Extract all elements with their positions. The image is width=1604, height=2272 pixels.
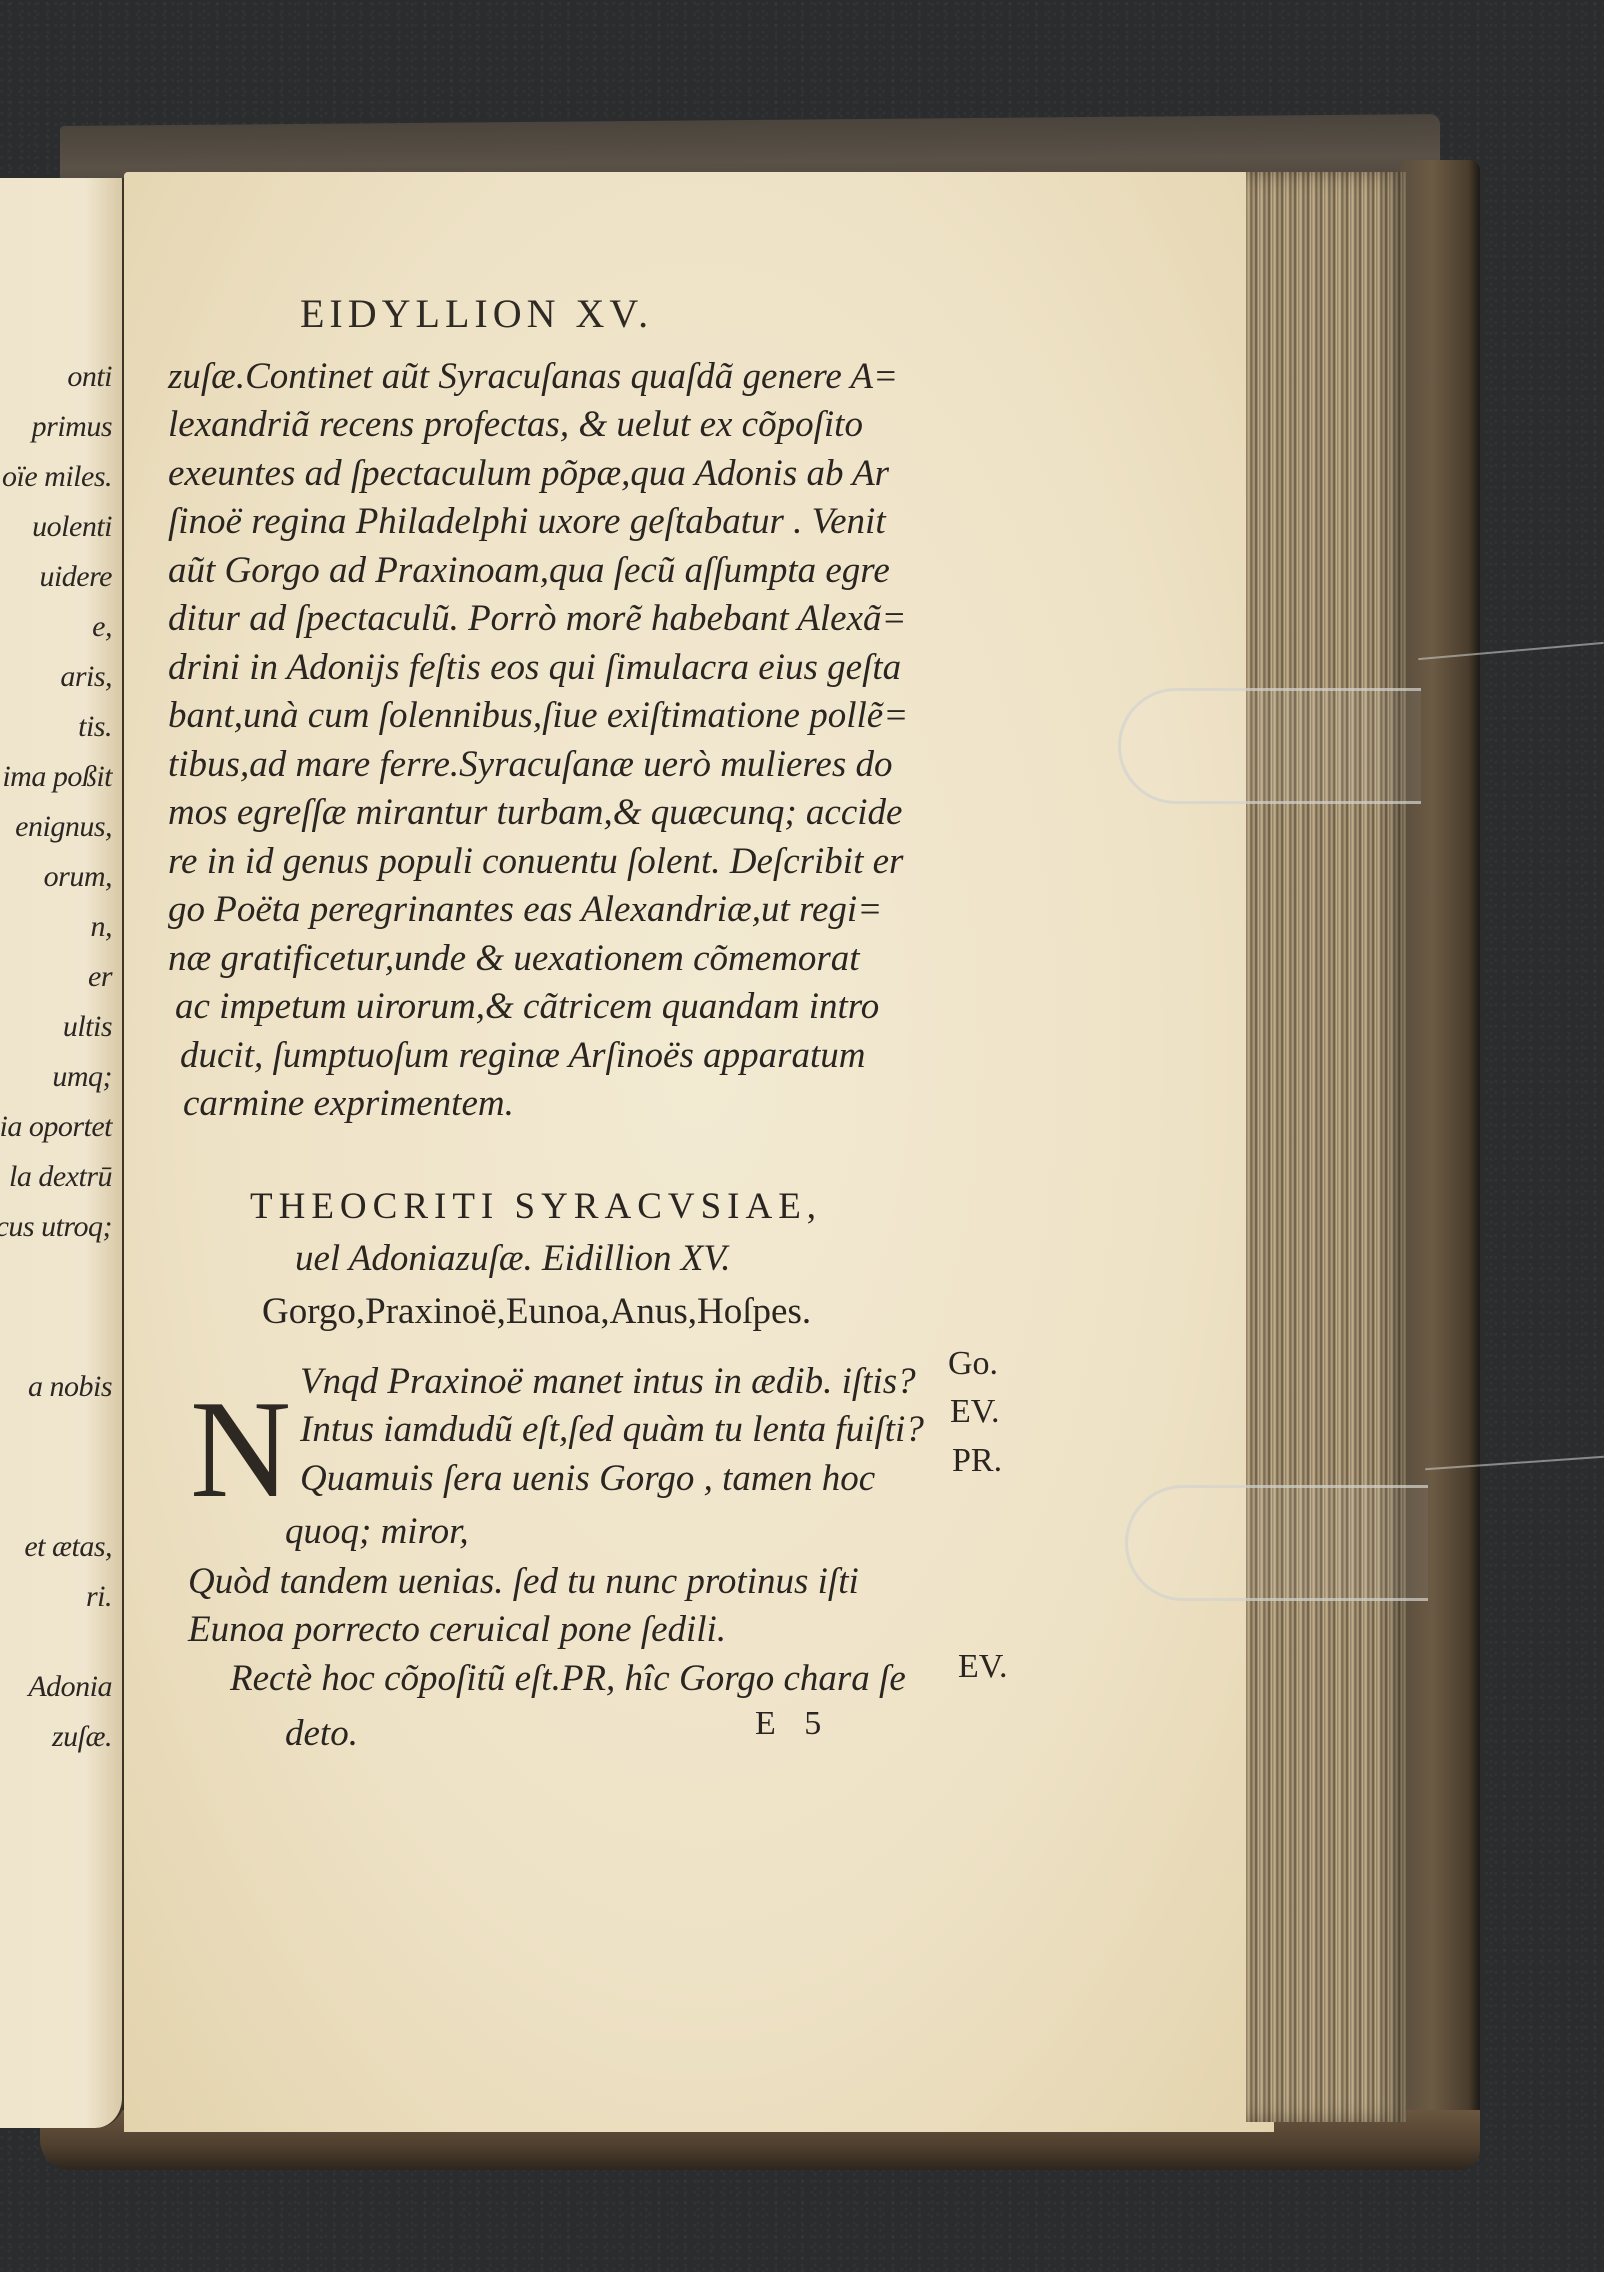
speaker-label: PR. [952,1442,1002,1480]
poem-subtitle: uel Adoniazuſæ. Eidillion XV. [295,1237,730,1280]
argument-line: lexandriã recens profectas, & uelut ex c… [168,403,863,446]
left-page-fragment: primus [32,410,112,444]
left-page-fragment: aris, [60,660,112,694]
left-page-fragment: ia oportet [0,1110,112,1144]
argument-line: re in id genus populi conuentu ſolent. D… [168,840,903,883]
drop-cap-initial: N [190,1380,291,1520]
verse-line: quoq; miror, [285,1510,469,1553]
left-page-fragment: umq; [52,1060,112,1094]
left-page-fragment: a nobis [28,1370,112,1404]
argument-line: aũt Gorgo ad Praxinoam,qua ſecũ aſſumpta… [168,549,890,592]
left-page-fragment: tis. [78,710,112,744]
page-fore-edges [1246,172,1406,2122]
left-page-fragment: ima poßit [2,760,112,794]
argument-line: ac impetum uirorum,& cãtricem quandam in… [175,985,879,1028]
verse-line: Rectè hoc cõpoſitũ eſt.PR, hîc Gorgo cha… [230,1657,906,1700]
speaker-label: Go. [948,1345,998,1383]
page-holder-clip-top [1118,688,1421,804]
argument-line: drini in Adonijs feſtis eos qui ſimulacr… [168,646,901,689]
argument-line: tibus,ad mare ferre.Syracuſanæ uerò muli… [168,743,893,786]
left-page-fragment: Adonia [28,1670,112,1704]
left-page-fragment: e, [92,610,112,644]
book-cover-fore-edge-board [1400,160,1480,2150]
left-page-fragment: la dextrū [9,1160,112,1194]
argument-line: ſinoë regina Philadelphi uxore geſtabatu… [168,500,886,543]
argument-line: carmine exprimentem. [183,1082,514,1125]
left-page-verso: onti primus oïe miles. uolenti uidere e,… [0,178,125,2128]
verse-line: Quòd tandem uenias. ſed tu nunc protinus… [188,1560,859,1603]
left-page-fragment: uidere [39,560,112,594]
verse-line: Vnqd Praxinoë manet intus in ædib. iſtis… [300,1360,916,1403]
speaker-label: EV. [950,1393,999,1431]
left-page-fragment: ultis [63,1010,112,1044]
left-page-fragment: oïe miles. [2,460,112,494]
left-page-fragment: onti [67,360,112,394]
argument-line: mos egreſſæ mirantur turbam,& quæcunq; a… [168,791,902,834]
argument-line: zuſæ.Continet aũt Syracuſanas quaſdã gen… [168,355,898,398]
left-page-fragment: n, [91,910,113,944]
verse-line: Intus iamdudũ eſt,ſed quàm tu lenta fuiſ… [300,1408,924,1451]
left-page-fragment: uolenti [32,510,112,544]
running-head: EIDYLLION XV. [300,290,653,337]
left-page-fragment: ri. [86,1580,112,1614]
poem-title: THEOCRITI SYRACVSIAE, [250,1185,822,1228]
left-page-fragment: er [88,960,112,994]
argument-line: næ gratificetur,unde & uexationem cõmemo… [168,937,860,980]
left-page-fragment: zuſæ. [52,1720,112,1754]
verse-line: Quamuis ſera uenis Gorgo , tamen hoc [300,1457,875,1500]
left-page-fragment: enignus, [15,810,112,844]
left-page-fragment: et ætas, [24,1530,112,1564]
verse-line: Eunoa porrecto ceruical pone ſedili. [188,1608,726,1651]
argument-line: bant,unà cum ſolennibus,ſiue exiſtimatio… [168,694,908,737]
left-page-fragment: orum, [44,860,112,894]
argument-line: ditur ad ſpectaculũ. Porrò morẽ habebant… [168,597,906,640]
dramatis-personae: Gorgo,Praxinoë,Eunoa,Anus,Hoſpes. [262,1290,811,1333]
verse-line: deto. [285,1712,358,1755]
page-holder-clip-bottom [1125,1485,1428,1601]
argument-line: exeuntes ad ſpectaculum põpæ,qua Adonis … [168,452,889,495]
speaker-label: EV. [958,1648,1007,1686]
argument-line: ducit, ſumptuoſum reginæ Arſinoës appara… [180,1034,866,1077]
signature-mark: E 5 [755,1705,821,1743]
left-page-fragment: cus utroq; [0,1210,112,1244]
argument-line: go Poëta peregrinantes eas Alexandriæ,ut… [168,888,882,931]
